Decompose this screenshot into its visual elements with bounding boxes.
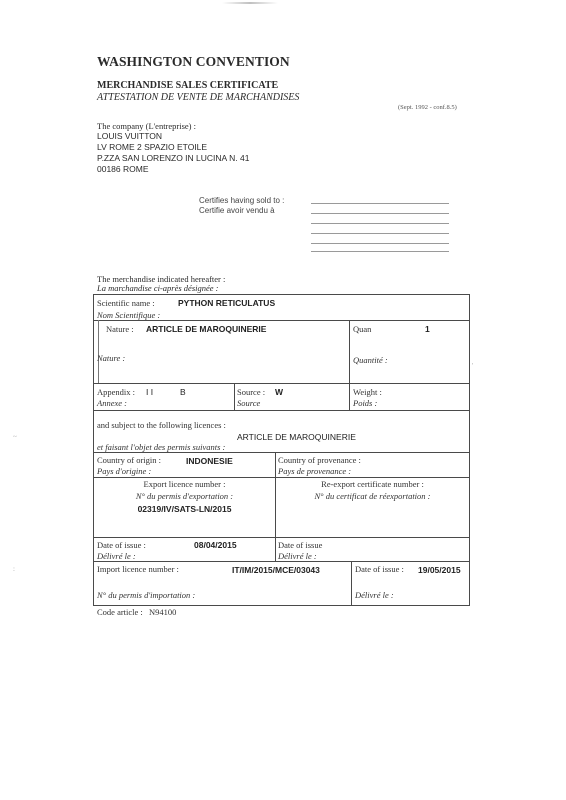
sold-to-line bbox=[311, 251, 449, 252]
appendix-label-en: Appendix : bbox=[97, 387, 135, 397]
nature-value: ARTICLE DE MAROQUINERIE bbox=[146, 324, 266, 334]
appendix-value: I I bbox=[146, 387, 153, 397]
company-name: LOUIS VUITTON bbox=[97, 131, 162, 141]
reexport-date-label-en: Date of issue bbox=[278, 540, 322, 550]
import-licence-label-en: Import licence number : bbox=[97, 564, 179, 574]
source-label-fr: Source bbox=[237, 398, 260, 408]
export-licence-label-en: Export licence number : bbox=[94, 479, 275, 489]
document-reference: (Sept. 1992 - conf.8.5) bbox=[398, 104, 457, 111]
import-date-label-fr: Délivré le : bbox=[355, 590, 394, 600]
import-licence-label-fr: N° du permis d'importation : bbox=[97, 590, 195, 600]
licences-label-fr: et faisant l'objet des permis suivants : bbox=[97, 442, 225, 452]
export-licence-label-fr: N° du permis d'exportation : bbox=[94, 491, 275, 501]
sold-to-line bbox=[311, 233, 449, 234]
import-licence-value: IT/IM/2015/MCE/03043 bbox=[232, 565, 320, 575]
document-subtitle-en: MERCHANDISE SALES CERTIFICATE bbox=[97, 80, 278, 91]
scientific-name-label-en: Scientific name : bbox=[97, 298, 155, 308]
weight-label-en: Weight : bbox=[353, 387, 382, 397]
sold-to-label-en: Certifies having sold to : bbox=[199, 196, 284, 205]
sold-to-line bbox=[311, 203, 449, 204]
appendix-label-fr: Annexe : bbox=[97, 398, 127, 408]
document-subtitle-fr: ATTESTATION DE VENTE DE MARCHANDISES bbox=[97, 92, 299, 103]
company-address-line: LV ROME 2 SPAZIO ETOILE bbox=[97, 142, 207, 152]
appendix-sub-value: B bbox=[180, 387, 186, 397]
scan-mark: : bbox=[13, 565, 15, 573]
export-date-label-en: Date of issue : bbox=[97, 540, 146, 550]
reexport-certificate-label-en: Re-export certificate number : bbox=[276, 479, 469, 489]
company-label: The company (L'entreprise) : bbox=[97, 121, 196, 131]
merchandise-intro-fr: La marchandise ci-après désignée : bbox=[97, 283, 219, 293]
quantity-value: 1 bbox=[425, 324, 430, 334]
scientific-name-value: PYTHON RETICULATUS bbox=[178, 298, 275, 308]
document-title: WASHINGTON CONVENTION bbox=[97, 54, 290, 70]
source-label-en: Source : bbox=[237, 387, 265, 397]
scan-mark: ' bbox=[472, 362, 473, 370]
licences-value: ARTICLE DE MAROQUINERIE bbox=[237, 432, 356, 442]
export-date-label-fr: Délivré le : bbox=[97, 551, 136, 561]
code-article-value: N94100 bbox=[149, 607, 176, 617]
scan-mark: ~ bbox=[13, 433, 17, 441]
country-origin-label-en: Country of origin : bbox=[97, 455, 161, 465]
scan-artifact bbox=[222, 2, 278, 4]
scientific-name-label-fr: Nom Scientifique : bbox=[97, 310, 160, 320]
country-origin-label-fr: Pays d'origine : bbox=[97, 466, 151, 476]
code-article-label: Code article : bbox=[97, 607, 143, 617]
country-provenance-label-en: Country of provenance : bbox=[278, 455, 361, 465]
nature-label-en: Nature : bbox=[106, 324, 134, 334]
sold-to-line bbox=[311, 213, 449, 214]
quantity-label-fr: Quantité : bbox=[353, 355, 388, 365]
company-address-line: P.ZZA SAN LORENZO IN LUCINA N. 41 bbox=[97, 153, 249, 163]
country-provenance-label-fr: Pays de provenance : bbox=[278, 466, 351, 476]
source-value: W bbox=[275, 387, 283, 397]
country-origin-value: INDONESIE bbox=[186, 456, 233, 466]
licences-label-en: and subject to the following licences : bbox=[97, 420, 226, 430]
sold-to-line bbox=[311, 243, 449, 244]
export-date-value: 08/04/2015 bbox=[194, 540, 237, 550]
company-address-line: 00186 ROME bbox=[97, 164, 149, 174]
reexport-certificate-label-fr: N° du certificat de réexportation : bbox=[276, 491, 469, 501]
sold-to-label-fr: Certifie avoir vendu à bbox=[199, 206, 275, 215]
quantity-label-en: Quan bbox=[353, 324, 371, 334]
sold-to-line bbox=[311, 223, 449, 224]
export-licence-value: 02319/IV/SATS-LN/2015 bbox=[94, 504, 275, 514]
reexport-date-label-fr: Délivré le : bbox=[278, 551, 317, 561]
import-date-label-en: Date of issue : bbox=[355, 564, 404, 574]
nature-label-fr: Nature : bbox=[97, 353, 125, 363]
import-date-value: 19/05/2015 bbox=[418, 565, 461, 575]
weight-label-fr: Poids : bbox=[353, 398, 377, 408]
